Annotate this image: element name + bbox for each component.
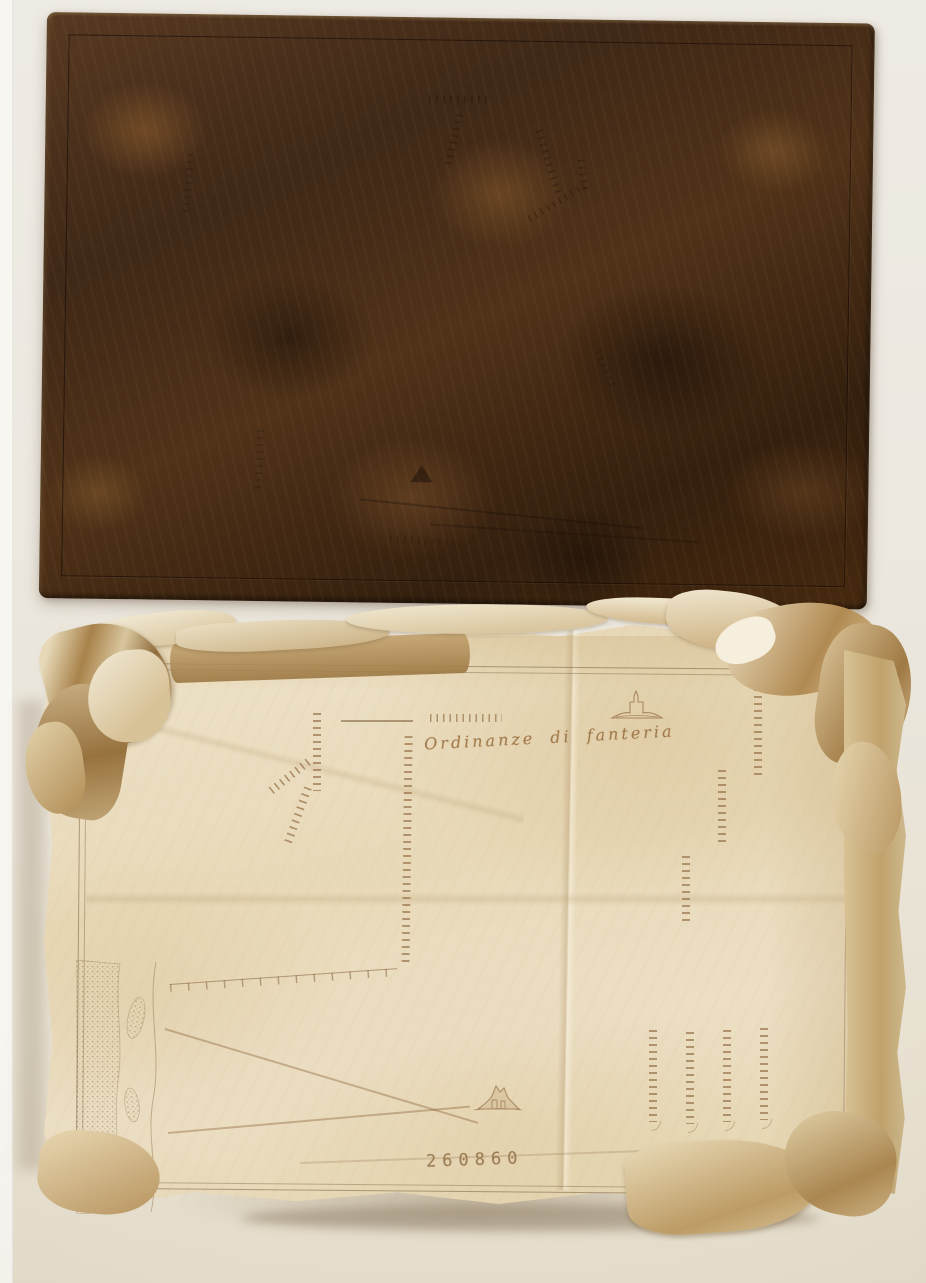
formation-column [682,856,690,926]
inventory-stamp-number: 260860 [426,1148,524,1171]
formation-tick-row [430,714,502,722]
formation-column [313,713,321,791]
formation-column-hooked [649,1030,657,1122]
photo-left-edge [0,0,13,1283]
plate-triangle-mark [410,465,432,482]
formation-column [718,770,726,846]
formation-column-hooked [723,1030,731,1122]
etching-plate [39,12,875,610]
torn-right-edge [844,650,906,1194]
plate-engraving-mark [429,95,489,103]
printed-sheet: Ordinanze di fanteria 260860 15 [26,592,922,1272]
church-hill-sketch-icon [610,690,664,720]
building-mound-sketch-icon [474,1078,522,1112]
formation-column-hooked [760,1028,768,1120]
formation-line [341,720,413,722]
formation-column-hooked [686,1032,694,1124]
formation-column [754,682,762,780]
photo-backdrop: Ordinanze di fanteria 260860 15 [0,0,926,1283]
